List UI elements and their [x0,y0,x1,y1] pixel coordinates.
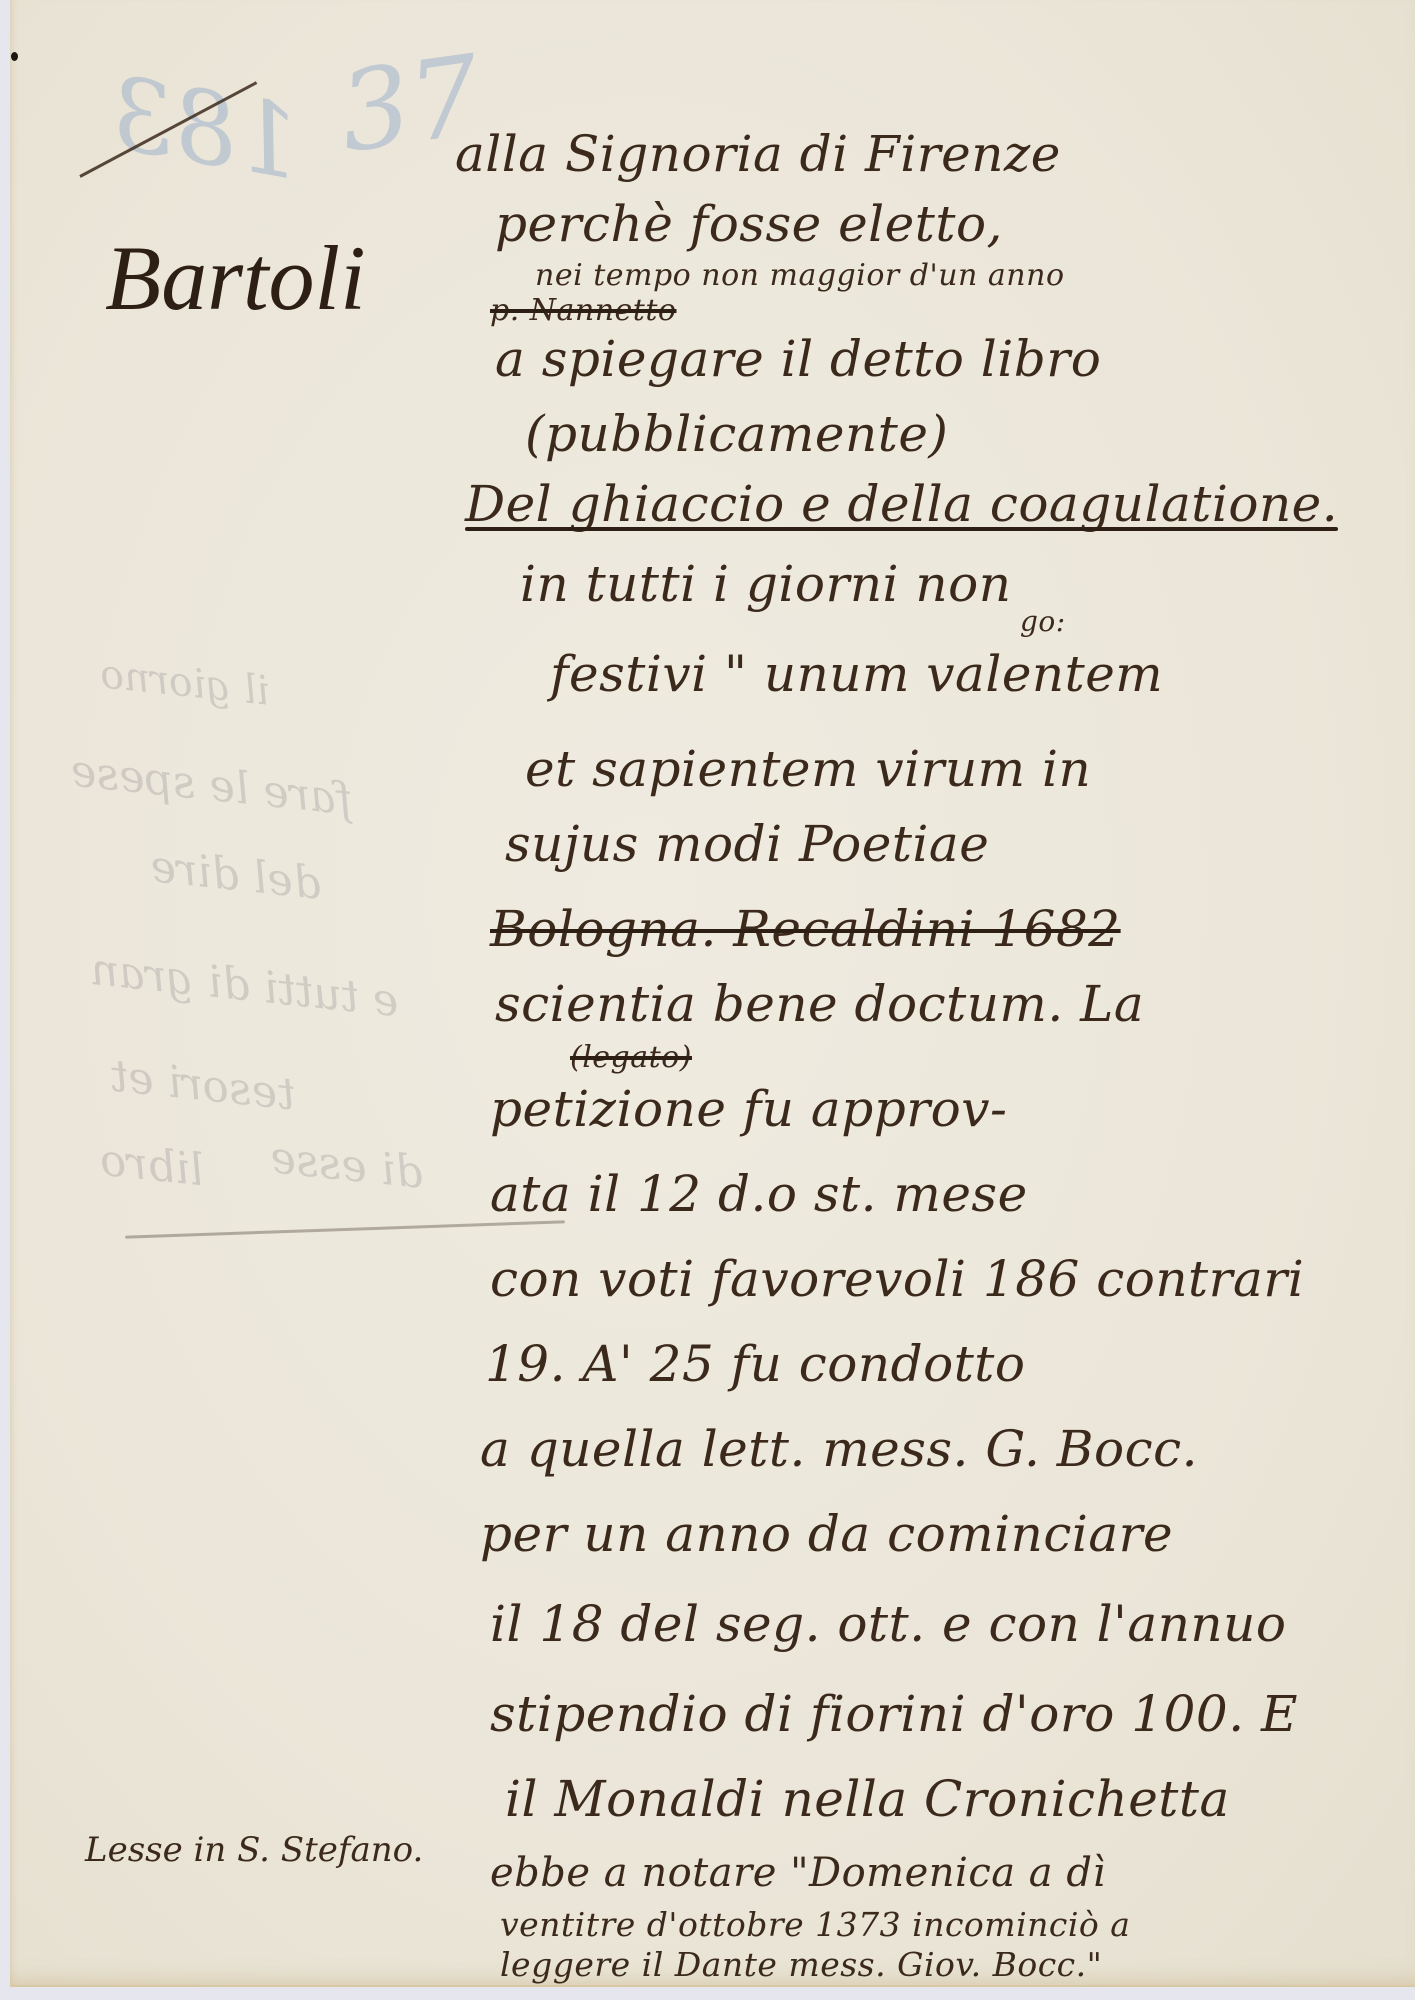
text-line: il Monaldi nella Cronichetta [505,1770,1230,1828]
text-line: scientia bene doctum. La [495,975,1144,1033]
text-line: petizione fu approv- [490,1080,1007,1138]
text-line: ventitre d'ottobre 1373 incominciò a [500,1905,1130,1944]
bleed-through-text: libro [98,1135,207,1197]
superscript-struck: (legato) [570,1040,692,1075]
bleed-through-text: tesori et [108,1050,298,1120]
underlined-title: Del ghiaccio e della coagulatione. [465,475,1338,533]
superscript-note: go: [1020,605,1066,638]
text-line: il 18 del seg. ott. e con l'annuo [490,1595,1286,1653]
struck-line: Bologna. Recaldini 1682 [490,900,1121,958]
ink-dot [11,52,18,61]
text-line: et sapientem virum in [525,740,1091,798]
bleed-through-text: del dire [148,841,324,910]
text-line: ebbe a notare "Domenica a dì [490,1850,1106,1896]
pencil-number-mirrored: 183 [101,54,309,202]
bleed-through-text: e tutti di gran [88,944,401,1027]
text-line: 19. A' 25 fu condotto [485,1335,1025,1393]
text-line: festivi " unum valentem [550,645,1163,703]
text-line: ata il 12 d.o st. mese [490,1165,1028,1223]
margin-note: Lesse in S. Stefano. [85,1830,423,1870]
text-line: a spiegare il detto libro [495,330,1101,388]
text-line: per un anno da cominciare [480,1505,1173,1563]
text-line: stipendio di fiorini d'oro 100. E [490,1685,1298,1743]
text-line: (pubblicamente) [525,405,948,463]
heading-name: Bartoli [105,225,366,331]
text-line: a quella lett. mess. G. Bocc. [480,1420,1198,1478]
insertion-line: nei tempo non maggior d'un anno [535,258,1065,293]
text-line: alla Signoria di Firenze [455,125,1061,183]
struck-text: p. Nannetto [490,293,676,328]
bleed-through-text: fare le spese [68,745,355,825]
text-line: sujus modi Poetiae [505,815,989,873]
bleed-through-text: il giorno [98,651,272,714]
text-line: con voti favorevoli 186 contrari [490,1250,1304,1308]
bleed-through-rule [125,1220,565,1238]
text-line: in tutti i giorni non [520,555,1011,613]
bleed-through-text: di esse [268,1132,426,1199]
text-line: perchè fosse eletto, [495,195,1003,253]
manuscript-page: 37 183 il giorno fare le spese del dire … [10,0,1415,1987]
book-title-line: Del ghiaccio e della coagulatione. [465,475,1338,533]
text-line: leggere il Dante mess. Giov. Bocc." [500,1945,1102,1984]
